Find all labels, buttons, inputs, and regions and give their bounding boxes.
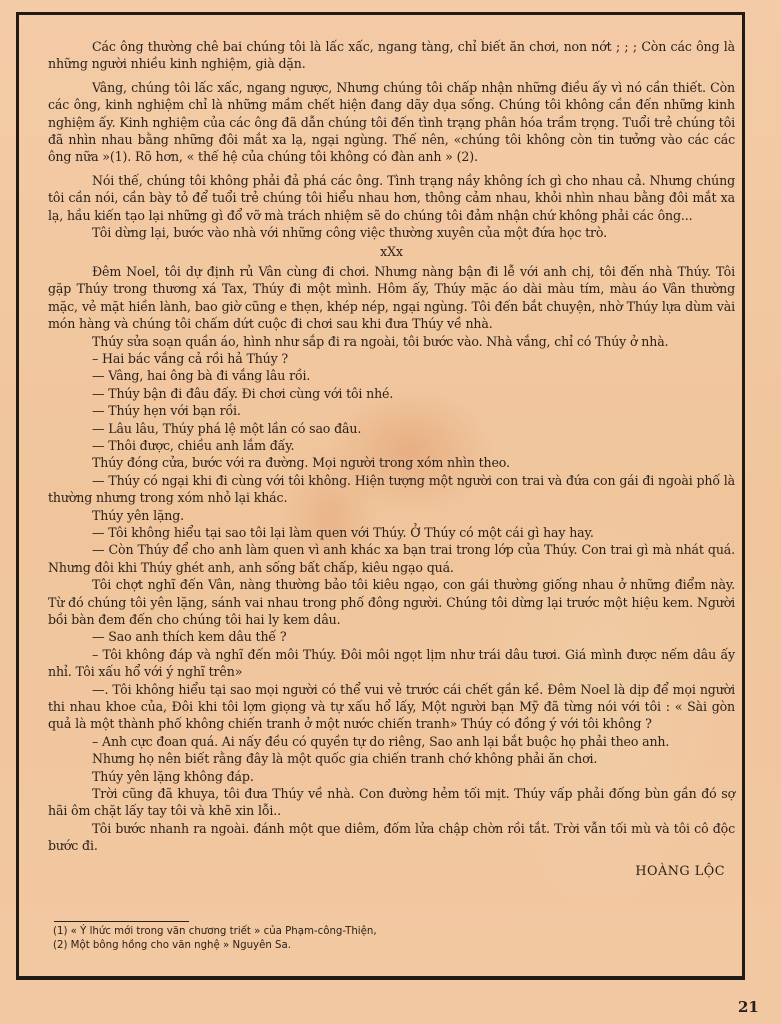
story-paragraph: Thúy đóng cửa, bước với ra đường. Mọi ng… bbox=[48, 454, 735, 471]
dialogue-line: — Còn Thúy để cho anh làm quen vì anh kh… bbox=[48, 541, 735, 576]
story-paragraph: Tôi chợt nghĩ đến Vân, nàng thường bảo t… bbox=[48, 576, 735, 628]
article-body: Các ông thường chê bai chúng tôi là lấc … bbox=[48, 38, 735, 880]
story-paragraph: Nhưng họ nên biết rằng đây là một quốc g… bbox=[48, 750, 735, 767]
paragraph: Vâng, chúng tôi lấc xấc, ngang ngược, Nh… bbox=[48, 79, 735, 166]
dialogue-line: —. Tôi không hiểu tại sao mọi người có t… bbox=[48, 681, 735, 733]
page-number: 21 bbox=[738, 998, 759, 1016]
footnote-2: (2) Một bông hồng cho văn nghệ » Nguyên … bbox=[53, 939, 377, 953]
section-separator: xXx bbox=[48, 243, 735, 260]
dialogue-line: — Lâu lâu, Thúy phá lệ một lần có sao đâ… bbox=[48, 420, 735, 437]
dialogue-line: — Thôi được, chiều anh lắm đấy. bbox=[48, 437, 735, 454]
story-paragraph: Thúy yên lặng không đáp. bbox=[48, 768, 735, 785]
dialogue-line: — Thúy hẹn với bạn rồi. bbox=[48, 402, 735, 419]
paragraph: Các ông thường chê bai chúng tôi là lấc … bbox=[48, 38, 735, 73]
story-paragraph: Thúy yên lặng. bbox=[48, 507, 735, 524]
author-signature: HOÀNG LỘC bbox=[48, 863, 735, 880]
paragraph: Nói thế, chúng tôi không phải đả phá các… bbox=[48, 172, 735, 224]
dialogue-line: — Thúy có ngại khi đi cùng với tôi không… bbox=[48, 472, 735, 507]
dialogue-line: — Sao anh thích kem dâu thế ? bbox=[48, 628, 735, 645]
dialogue-line: — Tôi không hiểu tại sao tôi lại làm que… bbox=[48, 524, 735, 541]
story-paragraph: Đêm Noel, tôi dự định rủ Vân cùng đi chơ… bbox=[48, 263, 735, 333]
story-paragraph: Tôi bước nhanh ra ngoài. đánh một que di… bbox=[48, 820, 735, 855]
dialogue-line: – Tôi không đáp và nghĩ đến môi Thúy. Đô… bbox=[48, 646, 735, 681]
story-paragraph: Trời cũng đã khuya, tôi đưa Thúy về nhà.… bbox=[48, 785, 735, 820]
dialogue-line: – Hai bác vắng cả rồi hả Thúy ? bbox=[48, 350, 735, 367]
footnote-rule bbox=[54, 921, 189, 922]
dialogue-line: – Anh cực đoan quá. Ai nấy đều có quyền … bbox=[48, 733, 735, 750]
story-paragraph: Thúy sửa soạn quần áo, hình như sắp đi r… bbox=[48, 333, 735, 350]
paragraph: Tôi dừng lại, bước vào nhà với những côn… bbox=[48, 224, 735, 241]
dialogue-line: — Vâng, hai ông bà đi vắng lâu rồi. bbox=[48, 367, 735, 384]
dialogue-line: — Thúy bận đi đâu đấy. Đi chơi cùng với … bbox=[48, 385, 735, 402]
footnotes: (1) « Ý lhức mới trong văn chương triết … bbox=[53, 925, 377, 953]
footnote-1: (1) « Ý lhức mới trong văn chương triết … bbox=[53, 925, 377, 939]
